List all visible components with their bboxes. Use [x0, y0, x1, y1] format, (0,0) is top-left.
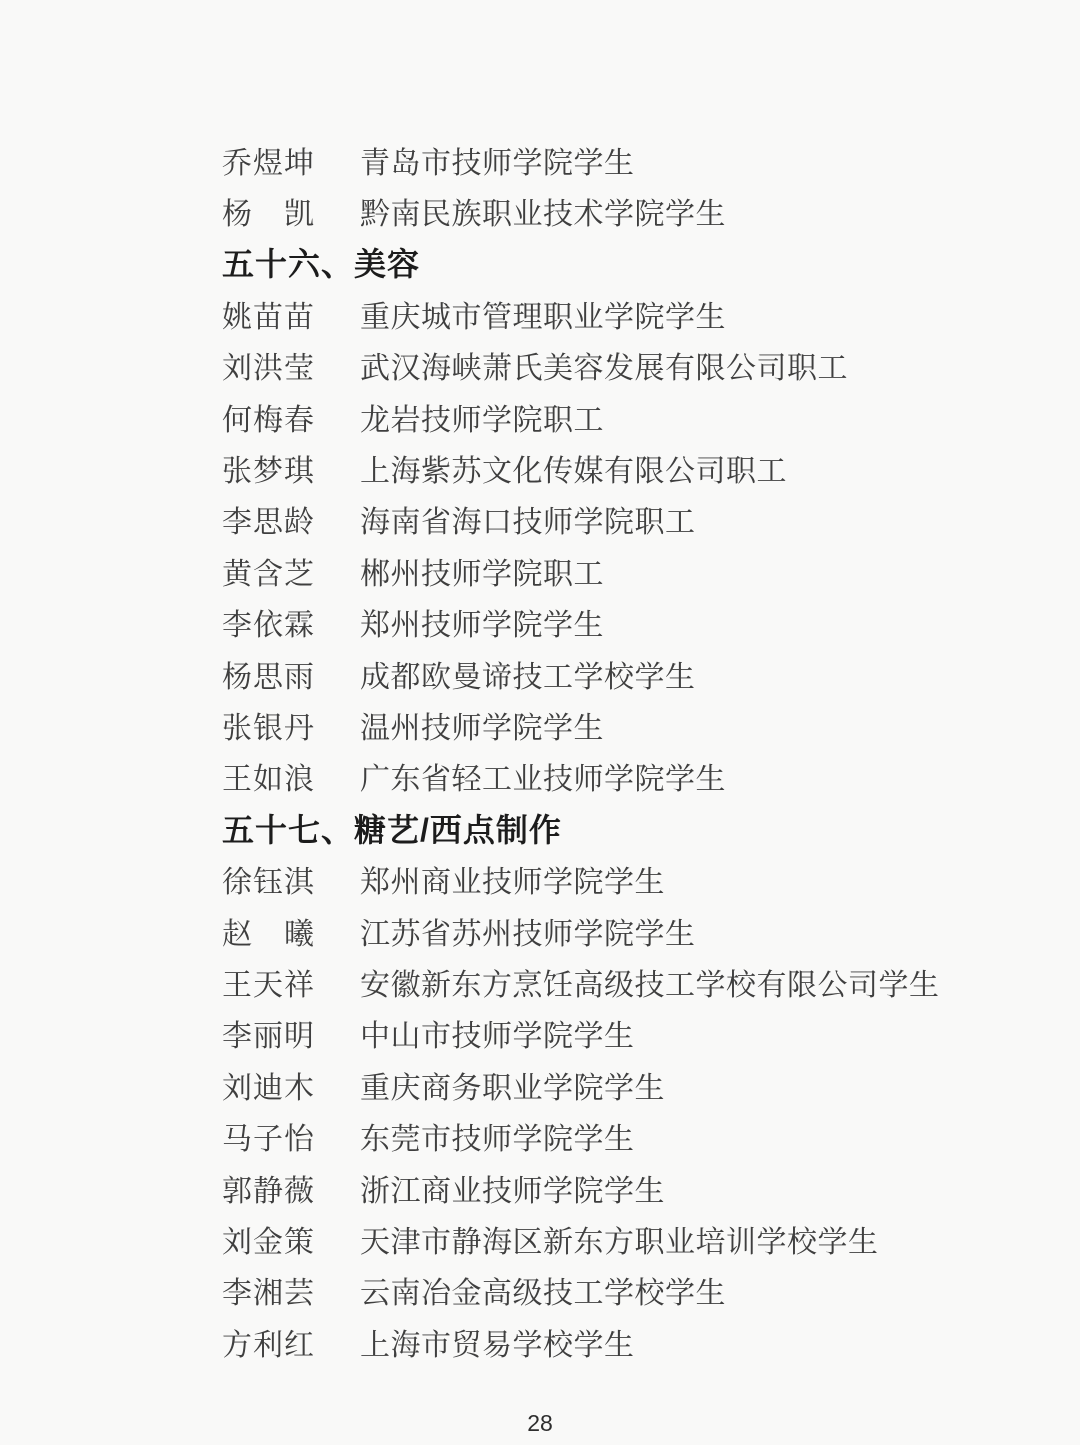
- roster-entry: 王如浪广东省轻工业技师学院学生: [222, 751, 1040, 802]
- section-heading: 五十七、糖艺/西点制作: [222, 802, 1040, 853]
- roster-entry: 李依霖郑州技师学院学生: [222, 597, 1040, 648]
- person-name: 刘迪木: [222, 1063, 314, 1107]
- person-name: 马子怡: [222, 1114, 314, 1158]
- person-name: 刘洪莹: [222, 343, 314, 387]
- roster-entry: 赵曦江苏省苏州技师学院学生: [222, 905, 1040, 956]
- roster-entry: 乔煜坤青岛市技师学院学生: [222, 134, 1040, 185]
- roster-entry: 李丽明中山市技师学院学生: [222, 1008, 1040, 1059]
- person-name: 王天祥: [222, 960, 314, 1004]
- person-affiliation: 浙江商业技师学院学生: [360, 1166, 665, 1210]
- roster-entry: 王天祥安徽新东方烹饪高级技工学校有限公司学生: [222, 956, 1040, 1007]
- person-name: 刘金策: [222, 1217, 314, 1261]
- person-name: 杨思雨: [222, 652, 314, 696]
- roster-entry: 张银丹温州技师学院学生: [222, 699, 1040, 750]
- person-affiliation: 天津市静海区新东方职业培训学校学生: [360, 1217, 879, 1261]
- person-affiliation: 黔南民族职业技术学院学生: [360, 189, 726, 233]
- roster-entry: 杨凯黔南民族职业技术学院学生: [222, 185, 1040, 236]
- person-affiliation: 安徽新东方烹饪高级技工学校有限公司学生: [360, 960, 940, 1004]
- person-affiliation: 龙岩技师学院职工: [360, 395, 604, 439]
- person-name: 黄含芝: [222, 549, 314, 593]
- roster-entry: 方利红上海市贸易学校学生: [222, 1316, 1040, 1367]
- roster-entry: 刘洪莹武汉海峡萧氏美容发展有限公司职工: [222, 340, 1040, 391]
- roster-entry: 郭静薇浙江商业技师学院学生: [222, 1162, 1040, 1213]
- person-affiliation: 云南冶金高级技工学校学生: [360, 1268, 726, 1312]
- roster-entry: 刘迪木重庆商务职业学院学生: [222, 1059, 1040, 1110]
- person-affiliation: 温州技师学院学生: [360, 703, 604, 747]
- person-affiliation: 广东省轻工业技师学院学生: [360, 754, 726, 798]
- person-name: 姚苗苗: [222, 292, 314, 336]
- person-name: 张银丹: [222, 703, 314, 747]
- roster-entry: 马子怡东莞市技师学院学生: [222, 1110, 1040, 1161]
- person-name: 李湘芸: [222, 1268, 314, 1312]
- person-affiliation: 中山市技师学院学生: [360, 1011, 635, 1055]
- person-name: 李思龄: [222, 497, 314, 541]
- person-name: 李依霖: [222, 600, 314, 644]
- roster-entry: 何梅春龙岩技师学院职工: [222, 391, 1040, 442]
- roster-entry: 张梦琪上海紫苏文化传媒有限公司职工: [222, 442, 1040, 493]
- roster-entry: 李湘芸云南冶金高级技工学校学生: [222, 1265, 1040, 1316]
- person-affiliation: 重庆商务职业学院学生: [360, 1063, 665, 1107]
- person-name: 方利红: [222, 1320, 314, 1364]
- section-heading: 五十六、美容: [222, 237, 1040, 288]
- person-name: 郭静薇: [222, 1166, 314, 1210]
- person-affiliation: 上海市贸易学校学生: [360, 1320, 635, 1364]
- person-name: 张梦琪: [222, 446, 314, 490]
- person-name: 杨凯: [222, 189, 314, 233]
- person-affiliation: 郑州技师学院学生: [360, 600, 604, 644]
- page-number: 28: [0, 1410, 1080, 1437]
- person-name: 李丽明: [222, 1011, 314, 1055]
- roster-entry: 杨思雨成都欧曼谛技工学校学生: [222, 648, 1040, 699]
- roster-entry: 刘金策天津市静海区新东方职业培训学校学生: [222, 1213, 1040, 1264]
- roster-entry: 李思龄海南省海口技师学院职工: [222, 494, 1040, 545]
- document-page: 乔煜坤青岛市技师学院学生杨凯黔南民族职业技术学院学生五十六、美容姚苗苗重庆城市管…: [0, 0, 1080, 1445]
- person-name: 何梅春: [222, 395, 314, 439]
- person-name: 赵曦: [222, 909, 314, 953]
- roster-entry: 徐钰淇郑州商业技师学院学生: [222, 853, 1040, 904]
- person-affiliation: 上海紫苏文化传媒有限公司职工: [360, 446, 787, 490]
- person-affiliation: 江苏省苏州技师学院学生: [360, 909, 696, 953]
- person-affiliation: 东莞市技师学院学生: [360, 1114, 635, 1158]
- person-name: 徐钰淇: [222, 857, 314, 901]
- roster-entry: 姚苗苗重庆城市管理职业学院学生: [222, 288, 1040, 339]
- roster-entry: 黄含芝郴州技师学院职工: [222, 545, 1040, 596]
- person-affiliation: 海南省海口技师学院职工: [360, 497, 696, 541]
- person-affiliation: 青岛市技师学院学生: [360, 138, 635, 182]
- person-affiliation: 郴州技师学院职工: [360, 549, 604, 593]
- person-name: 王如浪: [222, 754, 314, 798]
- person-affiliation: 成都欧曼谛技工学校学生: [360, 652, 696, 696]
- roster-list: 乔煜坤青岛市技师学院学生杨凯黔南民族职业技术学院学生五十六、美容姚苗苗重庆城市管…: [222, 134, 1040, 1367]
- person-name: 乔煜坤: [222, 138, 314, 182]
- person-affiliation: 武汉海峡萧氏美容发展有限公司职工: [360, 343, 848, 387]
- person-affiliation: 重庆城市管理职业学院学生: [360, 292, 726, 336]
- person-affiliation: 郑州商业技师学院学生: [360, 857, 665, 901]
